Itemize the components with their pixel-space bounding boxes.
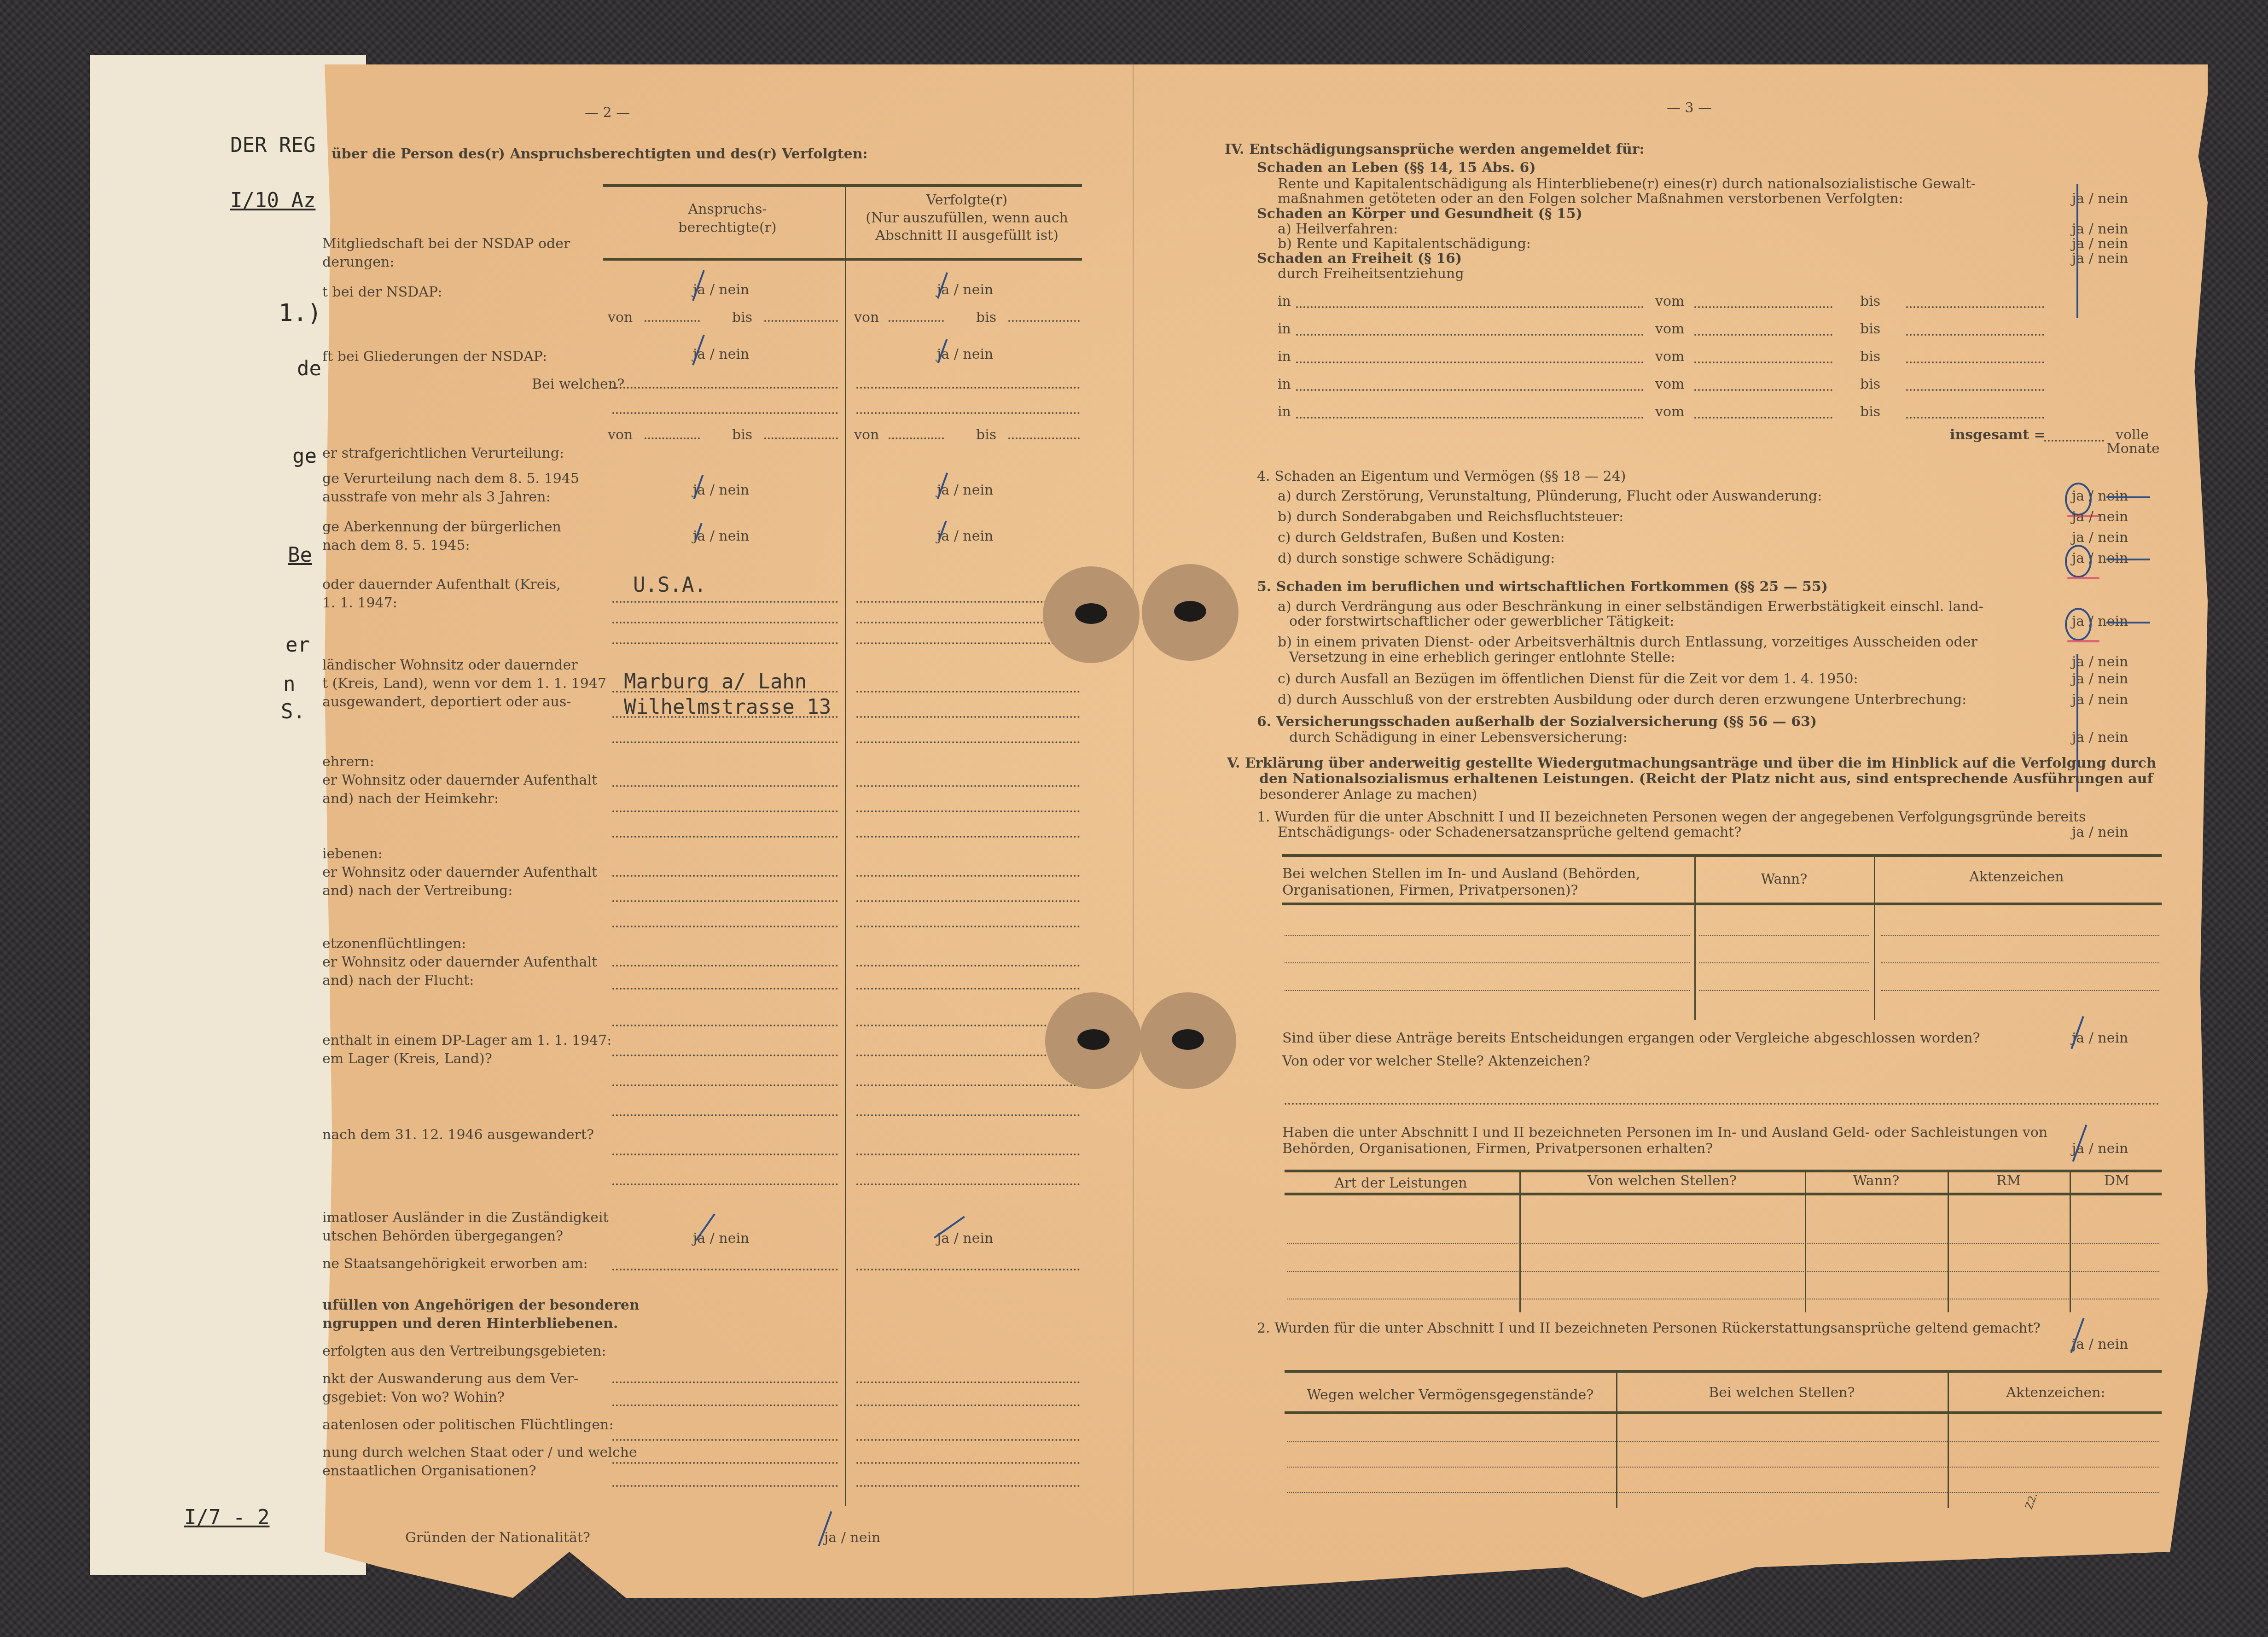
text-field[interactable]	[856, 741, 1080, 743]
from-date-field[interactable]	[1694, 306, 1832, 308]
ja-nein-toggle[interactable]: ja / nein	[937, 345, 993, 364]
vom-label: vom	[1655, 292, 1684, 311]
row-label: and) nach der Vertreibung:	[322, 882, 512, 900]
question-text: Entschädigungs- oder Schadenersatzansprü…	[1278, 823, 1741, 842]
text-field[interactable]	[612, 875, 838, 877]
column-divider	[1948, 1170, 1949, 1312]
row-label: ehrern:	[322, 753, 374, 771]
claim-item-sub: b) durch Sonderabgaben und Reichsfluchts…	[1278, 508, 1623, 526]
from-date-field[interactable]	[1694, 389, 1832, 391]
text-field[interactable]	[856, 1114, 1080, 1116]
row-label: derungen:	[322, 253, 394, 272]
to-date-field[interactable]	[1906, 417, 2044, 419]
ja-nein-toggle[interactable]: ja / nein	[2072, 1029, 2128, 1048]
date-field[interactable]	[764, 320, 838, 322]
text-field[interactable]	[612, 1439, 838, 1441]
row-label: ausstrafe von mehr als 3 Jahren:	[322, 488, 551, 507]
underlay-footer-ref: I/7 - 2	[184, 1506, 269, 1529]
place-field[interactable]	[1296, 306, 1644, 308]
ja-nein-toggle[interactable]: ja / nein	[693, 527, 749, 546]
ja-nein-toggle[interactable]: ja / nein	[824, 1529, 880, 1547]
punch-hole	[1140, 992, 1236, 1089]
text-field[interactable]	[856, 1404, 1080, 1406]
vom-label: vom	[1655, 348, 1684, 366]
text-field[interactable]	[612, 716, 838, 718]
office-reference-field[interactable]	[1285, 1103, 2159, 1105]
table-rule	[1282, 854, 2162, 857]
to-date-field[interactable]	[1906, 389, 2044, 391]
table-header: RM	[1950, 1172, 2067, 1190]
underlay-fragment: de	[297, 357, 321, 380]
ja-nein-toggle[interactable]: ja / nein	[2072, 653, 2128, 671]
text-field[interactable]	[612, 836, 838, 838]
claim-item-sub: d) durch sonstige schwere Schädigung:	[1278, 549, 1555, 568]
col-header-persecuted-note: (Nur auszufüllen, wenn auch Abschnitt II…	[852, 210, 1082, 245]
bis-label: bis	[976, 426, 996, 444]
pen-vertical-strike	[2076, 184, 2078, 318]
to-date-field[interactable]	[1906, 334, 2044, 336]
row-label: ge Verurteilung nach dem 8. 5. 1945	[322, 470, 579, 488]
text-field[interactable]	[612, 1084, 838, 1086]
table-top-rule	[603, 184, 1082, 187]
underlay-reference: I/10 Az	[230, 189, 315, 212]
claim-item-text: durch Schädigung in einer Lebensversiche…	[1289, 728, 1628, 747]
row-label: 1. 1. 1947:	[322, 594, 397, 612]
text-field[interactable]	[612, 810, 838, 812]
bis-label: bis	[1860, 348, 1880, 366]
red-underline-mark	[2067, 577, 2099, 579]
residence-1947-value[interactable]: U.S.A.	[633, 573, 706, 597]
von-label: von	[854, 309, 879, 327]
red-underline-mark	[2067, 640, 2099, 642]
text-field[interactable]	[856, 1381, 1080, 1383]
table-cell-field[interactable]	[1881, 962, 2159, 963]
circled-ja-mark	[2065, 608, 2092, 641]
row-label: ft bei Gliederungen der NSDAP:	[322, 348, 547, 366]
section-iv-title: IV. Entschädigungsansprüche werden angem…	[1225, 140, 1645, 159]
row-label: aatenlosen oder politischen Flüchtlingen…	[322, 1416, 614, 1434]
claim-item-title: 5. Schaden im beruflichen und wirtschaft…	[1257, 578, 1828, 596]
struck-nein-mark	[2106, 622, 2150, 623]
row-label: nach dem 8. 5. 1945:	[322, 536, 470, 555]
text-field[interactable]	[856, 926, 1080, 927]
from-date-field[interactable]	[1694, 361, 1832, 363]
table-header-rule	[603, 258, 1082, 261]
row-label: enstaatlichen Organisationen?	[322, 1462, 536, 1480]
table-header: Bei welchen Stellen?	[1618, 1384, 1945, 1402]
row-label: utschen Behörden übergegangen?	[322, 1227, 563, 1246]
ja-nein-toggle[interactable]: ja / nein	[937, 1229, 993, 1248]
row-label: Gründen der Nationalität?	[405, 1529, 590, 1547]
text-field[interactable]	[612, 1485, 838, 1487]
date-field[interactable]	[764, 437, 838, 439]
table-rule	[1285, 1193, 2162, 1195]
circled-ja-mark	[2065, 545, 2092, 578]
ja-nein-toggle[interactable]: ja / nein	[2072, 508, 2128, 526]
row-label: t bei der NSDAP:	[322, 283, 442, 302]
table-cell-field[interactable]	[1699, 962, 1869, 963]
table-header: Bei welchen Stellen im In- und Ausland (…	[1282, 866, 1687, 899]
emigration-city-value[interactable]: Marburg a/ Lahn	[624, 670, 807, 693]
row-label: ngruppen und deren Hinterbliebenen.	[322, 1315, 618, 1333]
bis-label: bis	[1860, 375, 1880, 394]
row-label: ufüllen von Angehörigen der besonderen	[322, 1296, 640, 1315]
text-field[interactable]	[612, 1025, 838, 1026]
ja-nein-toggle[interactable]: ja / nein	[937, 527, 993, 546]
row-label: ge Aberkennung der bürgerlichen	[322, 518, 561, 536]
text-field[interactable]	[612, 387, 838, 389]
from-date-field[interactable]	[1694, 417, 1832, 419]
underlay-fragment: Be	[288, 543, 312, 567]
ja-nein-toggle[interactable]: ja / nein	[693, 345, 749, 364]
underlay-fragment: n	[283, 672, 296, 696]
von-label: von	[608, 309, 633, 327]
column-divider	[1874, 854, 1875, 1020]
ja-nein-toggle[interactable]: ja / nein	[2072, 1335, 2128, 1354]
place-field[interactable]	[1296, 334, 1644, 336]
table-rule	[1285, 1411, 2162, 1414]
claim-item-sub: c) durch Geldstrafen, Bußen und Kosten:	[1278, 529, 1565, 547]
ja-nein-toggle[interactable]: ja / nein	[2072, 691, 2128, 709]
table-header: Aktenzeichen	[1878, 868, 2155, 886]
text-field[interactable]	[856, 988, 1080, 990]
place-field[interactable]	[1296, 389, 1644, 391]
table-cell-field[interactable]	[1285, 962, 1690, 963]
von-label: von	[854, 426, 879, 444]
section-v-title: besonderer Anlage zu machen)	[1259, 786, 1477, 804]
text-field[interactable]	[612, 1114, 838, 1116]
ja-nein-toggle[interactable]: ja / nein	[2072, 250, 2128, 268]
text-field[interactable]	[612, 1462, 838, 1464]
row-label: er Wohnsitz oder dauernder Aufenthalt	[322, 953, 597, 972]
date-field[interactable]	[645, 320, 700, 322]
claim-item-title: Schaden an Leben (§§ 14, 15 Abs. 6)	[1257, 159, 1536, 177]
vom-label: vom	[1655, 320, 1684, 338]
text-field[interactable]	[856, 810, 1080, 812]
table-rule	[1282, 903, 2162, 905]
column-divider	[1948, 1370, 1949, 1508]
question-text: Behörden, Organisationen, Firmen, Privat…	[1282, 1140, 1713, 1158]
in-label: in	[1278, 320, 1291, 338]
question-text: Von oder vor welcher Stelle? Aktenzeiche…	[1282, 1052, 1590, 1071]
text-field[interactable]	[612, 622, 838, 623]
claim-item-sub: a) durch Zerstörung, Verunstaltung, Plün…	[1278, 487, 1822, 506]
table-row-field[interactable]	[1287, 1271, 2159, 1272]
table-header: Wegen welcher Vermögensgegenstände?	[1287, 1386, 1614, 1404]
table-header: Aktenzeichen:	[1950, 1384, 2162, 1402]
row-label: nung durch welchen Staat oder / und welc…	[322, 1444, 637, 1462]
from-date-field[interactable]	[1694, 334, 1832, 336]
page-number-3: — 3 —	[1667, 99, 1712, 117]
page-number-2: — 2 —	[585, 104, 630, 122]
bis-label: bis	[976, 309, 996, 327]
text-field[interactable]	[856, 1485, 1080, 1487]
row-label: er Wohnsitz oder dauernder Aufenthalt	[322, 771, 597, 790]
column-divider	[2070, 1170, 2071, 1312]
text-field[interactable]	[612, 1183, 838, 1185]
von-label: von	[608, 426, 633, 444]
ja-nein-toggle[interactable]: ja / nein	[2072, 823, 2128, 842]
date-field[interactable]	[645, 437, 700, 439]
text-field[interactable]	[856, 1025, 1080, 1026]
bis-label: bis	[1860, 320, 1880, 338]
text-field[interactable]	[612, 691, 838, 693]
row-label: em Lager (Kreis, Land)?	[322, 1050, 492, 1068]
to-date-field[interactable]	[1906, 306, 2044, 308]
claim-item-title: 4. Schaden an Eigentum und Vermögen (§§ …	[1257, 467, 1626, 486]
ja-nein-toggle[interactable]: ja / nein	[2072, 728, 2128, 747]
ja-nein-toggle[interactable]: ja / nein	[937, 481, 993, 500]
bis-label: bis	[732, 426, 752, 444]
text-field[interactable]	[856, 965, 1080, 967]
text-field[interactable]	[856, 1439, 1080, 1441]
text-field[interactable]	[856, 1084, 1080, 1086]
text-field[interactable]	[856, 1462, 1080, 1464]
date-field[interactable]	[889, 437, 944, 439]
table-cell-field[interactable]	[1285, 935, 1690, 936]
row-label: nach dem 31. 12. 1946 ausgewandert?	[322, 1126, 594, 1144]
text-field[interactable]	[612, 900, 838, 902]
text-field[interactable]	[612, 965, 838, 967]
underlay-fragment: S.	[281, 700, 305, 723]
table-header: DM	[2072, 1172, 2162, 1190]
vom-label: vom	[1655, 375, 1684, 394]
total-unit: Monate	[2106, 440, 2160, 458]
column-divider	[1616, 1370, 1617, 1508]
claim-item-sub: oder forstwirtschaftlicher oder gewerbli…	[1289, 612, 1674, 631]
center-fold	[1133, 64, 1134, 1598]
underlay-fragment: er	[285, 633, 310, 657]
ja-nein-toggle[interactable]: ja / nein	[2072, 670, 2128, 688]
place-field[interactable]	[1296, 361, 1644, 363]
date-field[interactable]	[1008, 437, 1080, 439]
table-row-field[interactable]	[1287, 1467, 2159, 1468]
text-field[interactable]	[612, 1269, 838, 1270]
table-cell-field[interactable]	[1285, 990, 1690, 991]
row-label: gsgebiet: Von wo? Wohin?	[322, 1388, 505, 1407]
ja-nein-toggle[interactable]: ja / nein	[693, 281, 749, 299]
text-field[interactable]	[856, 900, 1080, 902]
table-cell-field[interactable]	[1881, 935, 2159, 936]
in-label: in	[1278, 292, 1291, 311]
punch-hole	[1045, 992, 1142, 1089]
column-divider	[1805, 1170, 1806, 1312]
row-label: enthalt in einem DP-Lager am 1. 1. 1947:	[322, 1031, 611, 1050]
claim-item-sub: d) durch Ausschluß von der erstrebten Au…	[1278, 691, 1966, 709]
date-field[interactable]	[889, 320, 944, 322]
row-label: er Wohnsitz oder dauernder Aufenthalt	[322, 863, 597, 882]
row-label: etzonenflüchtlingen:	[322, 935, 466, 953]
column-divider	[845, 184, 846, 1506]
table-cell-field[interactable]	[1699, 990, 1869, 991]
punch-hole	[1043, 566, 1140, 663]
row-label: er strafgerichtlichen Verurteilung:	[322, 444, 564, 463]
row-label: ländischer Wohnsitz oder dauernder	[322, 656, 578, 675]
table-header: Wann?	[1807, 1172, 1945, 1190]
row-label: ausgewandert, deportiert oder aus-	[322, 693, 571, 711]
claim-item-sub: c) durch Ausfall an Bezügen im öffentlic…	[1278, 670, 1858, 688]
text-field[interactable]	[856, 642, 1080, 644]
row-label: oder dauernder Aufenthalt (Kreis,	[322, 576, 561, 594]
row-label: and) nach der Heimkehr:	[322, 790, 499, 808]
text-field[interactable]	[856, 1153, 1080, 1155]
col-header-claimant: Anspruchs- berechtigte(r)	[617, 200, 838, 237]
bis-label: bis	[732, 309, 752, 327]
text-field[interactable]	[856, 785, 1080, 787]
compensation-claim-form	[325, 64, 2208, 1598]
row-label: iebenen:	[322, 845, 383, 863]
in-label: in	[1278, 375, 1291, 394]
text-field[interactable]	[856, 1269, 1080, 1270]
column-divider	[1694, 854, 1696, 1020]
question-text: Haben die unter Abschnitt I und II bezei…	[1282, 1124, 2047, 1142]
total-label: insgesamt =	[1950, 426, 2046, 444]
text-field[interactable]	[612, 741, 838, 743]
text-field[interactable]	[612, 926, 838, 927]
text-field[interactable]	[856, 1054, 1080, 1056]
struck-nein-mark	[2106, 559, 2150, 560]
struck-nein-mark	[2106, 496, 2150, 498]
question-text: Sind über diese Anträge bereits Entschei…	[1282, 1029, 1980, 1048]
ja-nein-toggle[interactable]: ja / nein	[693, 481, 749, 500]
col-header-persecuted: Verfolgte(r)	[852, 191, 1082, 210]
place-field[interactable]	[1296, 417, 1644, 419]
underlay-item-number: 1.)	[279, 299, 322, 327]
row-label: ne Staatsangehörigkeit erworben am:	[322, 1255, 588, 1273]
text-field[interactable]	[856, 875, 1080, 877]
table-header: Wann?	[1699, 870, 1869, 889]
total-months-field[interactable]	[2044, 440, 2104, 442]
text-field[interactable]	[612, 1381, 838, 1383]
row-label: nkt der Auswanderung aus dem Ver-	[322, 1370, 578, 1388]
table-header: Von welchen Stellen?	[1522, 1172, 1803, 1190]
text-field[interactable]	[856, 412, 1080, 414]
text-field[interactable]	[612, 601, 838, 603]
text-field[interactable]	[856, 1183, 1080, 1185]
text-field[interactable]	[856, 836, 1080, 838]
bis-label: bis	[1860, 403, 1880, 421]
underlay-fragment: ge	[292, 444, 317, 468]
underlay-header: DER REG	[230, 134, 315, 157]
column-divider	[1519, 1170, 1521, 1312]
row-label: t (Kreis, Land), wenn vor dem 1. 1. 1947	[322, 675, 606, 693]
row-label: imatloser Ausländer in die Zuständigkeit	[322, 1209, 609, 1227]
question-text: 2. Wurden für die unter Abschnitt I und …	[1257, 1319, 2041, 1338]
punch-hole	[1142, 564, 1239, 661]
text-field[interactable]	[612, 1054, 838, 1056]
emigration-street-value[interactable]: Wilhelmstrasse 13	[624, 695, 831, 719]
text-field[interactable]	[856, 691, 1080, 693]
text-field[interactable]	[856, 387, 1080, 389]
table-cell-field[interactable]	[1699, 935, 1869, 936]
table-row-field[interactable]	[1287, 1441, 2159, 1442]
text-field[interactable]	[612, 1404, 838, 1406]
claim-item-sub: Versetzung in eine erheblich geringer en…	[1289, 648, 1675, 667]
bis-label: bis	[1860, 292, 1880, 311]
text-field[interactable]	[856, 716, 1080, 718]
to-date-field[interactable]	[1906, 361, 2044, 363]
table-rule	[1285, 1370, 2162, 1373]
ja-nein-toggle[interactable]: ja / nein	[937, 281, 993, 299]
table-cell-field[interactable]	[1881, 990, 2159, 991]
ja-nein-toggle[interactable]: ja / nein	[2072, 190, 2128, 208]
table-header: Art der Leistungen	[1285, 1174, 1517, 1193]
row-label: Bei welchen?	[532, 375, 624, 394]
table-row-field[interactable]	[1287, 1299, 2159, 1299]
page2-heading: über die Person des(r) Anspruchsberechti…	[331, 145, 868, 163]
text-field[interactable]	[612, 988, 838, 990]
row-label: and) nach der Flucht:	[322, 972, 474, 990]
table-row-field[interactable]	[1287, 1243, 2159, 1244]
claim-item-text: durch Freiheitsentziehung	[1278, 265, 1464, 283]
text-field[interactable]	[612, 785, 838, 787]
date-field[interactable]	[1008, 320, 1080, 322]
ja-nein-toggle[interactable]: ja / nein	[2072, 529, 2128, 547]
text-field[interactable]	[612, 1153, 838, 1155]
in-label: in	[1278, 403, 1291, 421]
text-field[interactable]	[612, 642, 838, 644]
vom-label: vom	[1655, 403, 1684, 421]
row-label: Mitgliedschaft bei der NSDAP oder	[322, 235, 570, 253]
row-label: erfolgten aus den Vertreibungsgebieten:	[322, 1342, 606, 1361]
text-field[interactable]	[612, 412, 838, 414]
in-label: in	[1278, 348, 1291, 366]
